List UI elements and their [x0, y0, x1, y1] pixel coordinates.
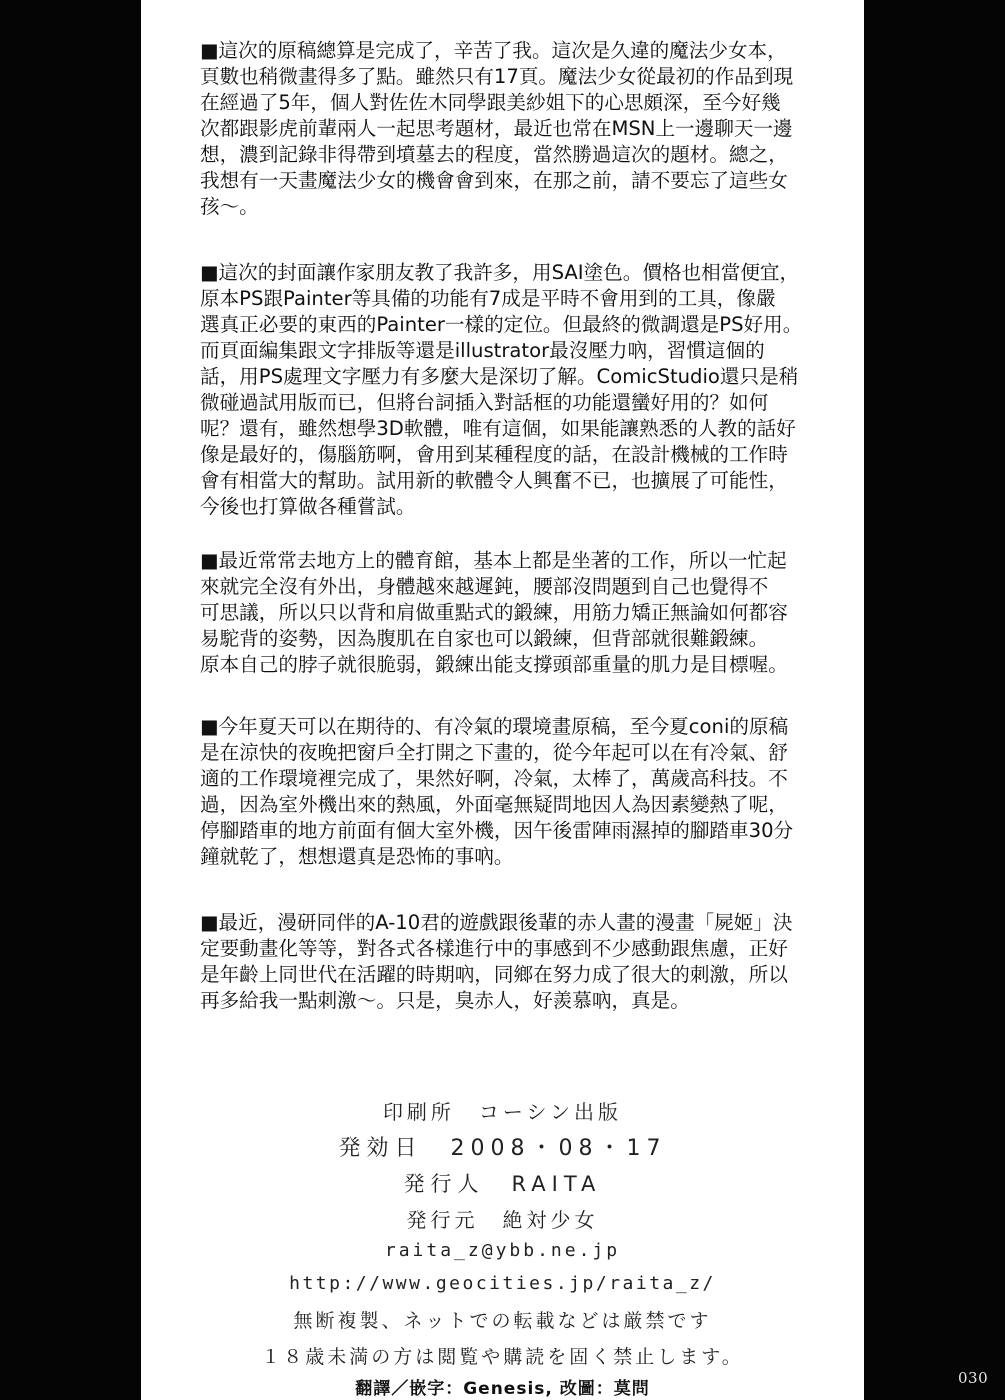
- text-line: 鐘就乾了，想想還真是恐怖的事吶。: [200, 844, 804, 870]
- paragraph-3-gym: ■最近常常去地方上的體育館，基本上都是坐著的工作，所以一忙起 來就完全沒有外出，…: [200, 548, 804, 678]
- text-line: ■這次的封面讓作家朋友教了我許多，用SAI塗色。價格也相當便宜，: [200, 260, 804, 286]
- text-line: 原本自己的脖子就很脆弱，鍛練出能支撐頭部重量的肌力是目標喔。: [200, 652, 804, 678]
- age-restriction-notice: １８歳未満の方は閲覧や購読を固く禁止します。: [141, 1342, 864, 1369]
- text-line: 今後也打算做各種嘗試。: [200, 494, 804, 520]
- text-line: 在經過了5年，個人對佐佐木同學跟美紗姐下的心思頗深，至今好幾: [200, 90, 804, 116]
- text-line: 易駝背的姿勢，因為腹肌在自家也可以鍛練，但背部就很難鍛練。: [200, 626, 804, 652]
- text-line: 過，因為室外機出來的熱風，外面毫無疑問地因人為因素變熱了呢，: [200, 792, 804, 818]
- text-line: ■最近，漫研同伴的A-10君的遊戲跟後輩的赤人畫的漫畫「屍姬」決: [200, 910, 804, 936]
- website-url: http://www.geocities.jp/raita_z/: [141, 1273, 864, 1294]
- reproduction-notice: 無断複製、ネットでの転載などは厳禁です: [141, 1306, 864, 1333]
- text-line: ■這次的原稿總算是完成了，辛苦了我。這次是久違的魔法少女本，: [200, 38, 804, 64]
- text-line: 話，用PS處理文字壓力有多麼大是深切了解。ComicStudio還只是稍: [200, 364, 804, 390]
- paragraph-1-magical-girl: ■這次的原稿總算是完成了，辛苦了我。這次是久違的魔法少女本， 頁數也稍微畫得多了…: [200, 38, 804, 220]
- email-address: raita_z@ybb.ne.jp: [141, 1240, 864, 1261]
- text-line: 而頁面編集跟文字排版等還是illustrator最沒壓力吶，習慣這個的: [200, 338, 804, 364]
- publisher-line: 発行元 絶対少女: [141, 1204, 864, 1233]
- text-line: 我想有一天畫魔法少女的機會會到來，在那之前，請不要忘了這些女: [200, 168, 804, 194]
- left-black-margin: [0, 0, 141, 1400]
- text-line: 孩～。: [200, 194, 804, 220]
- paragraph-5-friends: ■最近，漫研同伴的A-10君的遊戲跟後輩的赤人畫的漫畫「屍姬」決 定要動畫化等等…: [200, 910, 804, 1014]
- text-line: 是年齡上同世代在活躍的時期吶，同鄉在努力成了很大的刺激，所以: [200, 962, 804, 988]
- text-line: 像是最好的，傷腦筋啊，會用到某種程度的話，在設計機械的工作時: [200, 442, 804, 468]
- text-line: 次都跟影虎前輩兩人一起思考題材，最近也常在MSN上一邊聊天一邊: [200, 116, 804, 142]
- text-line: 停腳踏車的地方前面有個大室外機，因午後雷陣雨濕掉的腳踏車30分: [200, 818, 804, 844]
- paragraph-4-air-conditioner: ■今年夏天可以在期待的、有冷氣的環境畫原稿，至今夏coni的原稿 是在涼快的夜晚…: [200, 714, 804, 870]
- text-line: 原本PS跟Painter等具備的功能有7成是平時不會用到的工具，像嚴: [200, 286, 804, 312]
- text-line: 微碰過試用版而已，但將台詞插入對話框的功能還蠻好用的？如何: [200, 390, 804, 416]
- afterword-page: ■這次的原稿總算是完成了，辛苦了我。這次是久違的魔法少女本， 頁數也稍微畫得多了…: [141, 0, 864, 1400]
- right-black-margin: [864, 0, 1005, 1400]
- text-line: 適的工作環境裡完成了，果然好啊，冷氣，太棒了，萬歲高科技。不: [200, 766, 804, 792]
- text-line: 定要動畫化等等，對各式各樣進行中的事感到不少感動跟焦慮，正好: [200, 936, 804, 962]
- text-line: 來就完全沒有外出，身體越來越遲鈍，腰部沒問題到自己也覺得不: [200, 574, 804, 600]
- page-number: 030: [958, 1369, 988, 1387]
- text-line: 再多給我一點刺激～。只是，臭赤人，好羨慕吶，真是。: [200, 988, 804, 1014]
- text-line: 是在涼快的夜晚把窗戶全打開之下畫的，從今年起可以在有冷氣、舒: [200, 740, 804, 766]
- text-line: 選真正必要的東西的Painter一樣的定位。但最終的微調還是PS好用。: [200, 312, 804, 338]
- text-line: 呢？還有，雖然想學3D軟體，唯有這個，如果能讓熟悉的人教的話好: [200, 416, 804, 442]
- text-line: ■最近常常去地方上的體育館，基本上都是坐著的工作，所以一忙起: [200, 548, 804, 574]
- printer-line: 印刷所 コーシン出版: [141, 1096, 864, 1125]
- text-line: ■今年夏天可以在期待的、有冷氣的環境畫原稿，至今夏coni的原稿: [200, 714, 804, 740]
- issuer-line: 発行人 RAITA: [141, 1168, 864, 1198]
- text-line: 頁數也稍微畫得多了點。雖然只有17頁。魔法少女從最初的作品到現: [200, 64, 804, 90]
- translation-credits: 翻譯／嵌字：Genesis, 改圖：莫問: [141, 1374, 864, 1399]
- issue-date-line: 発効日 2008・08・17: [141, 1131, 864, 1162]
- text-line: 會有相當大的幫助。試用新的軟體令人興奮不已，也擴展了可能性，: [200, 468, 804, 494]
- text-line: 可思議，所以只以背和肩做重點式的鍛練，用筋力矯正無論如何都容: [200, 600, 804, 626]
- paragraph-2-software: ■這次的封面讓作家朋友教了我許多，用SAI塗色。價格也相當便宜， 原本PS跟Pa…: [200, 260, 804, 520]
- text-line: 想，濃到記錄非得帶到墳墓去的程度，當然勝過這次的題材。總之，: [200, 142, 804, 168]
